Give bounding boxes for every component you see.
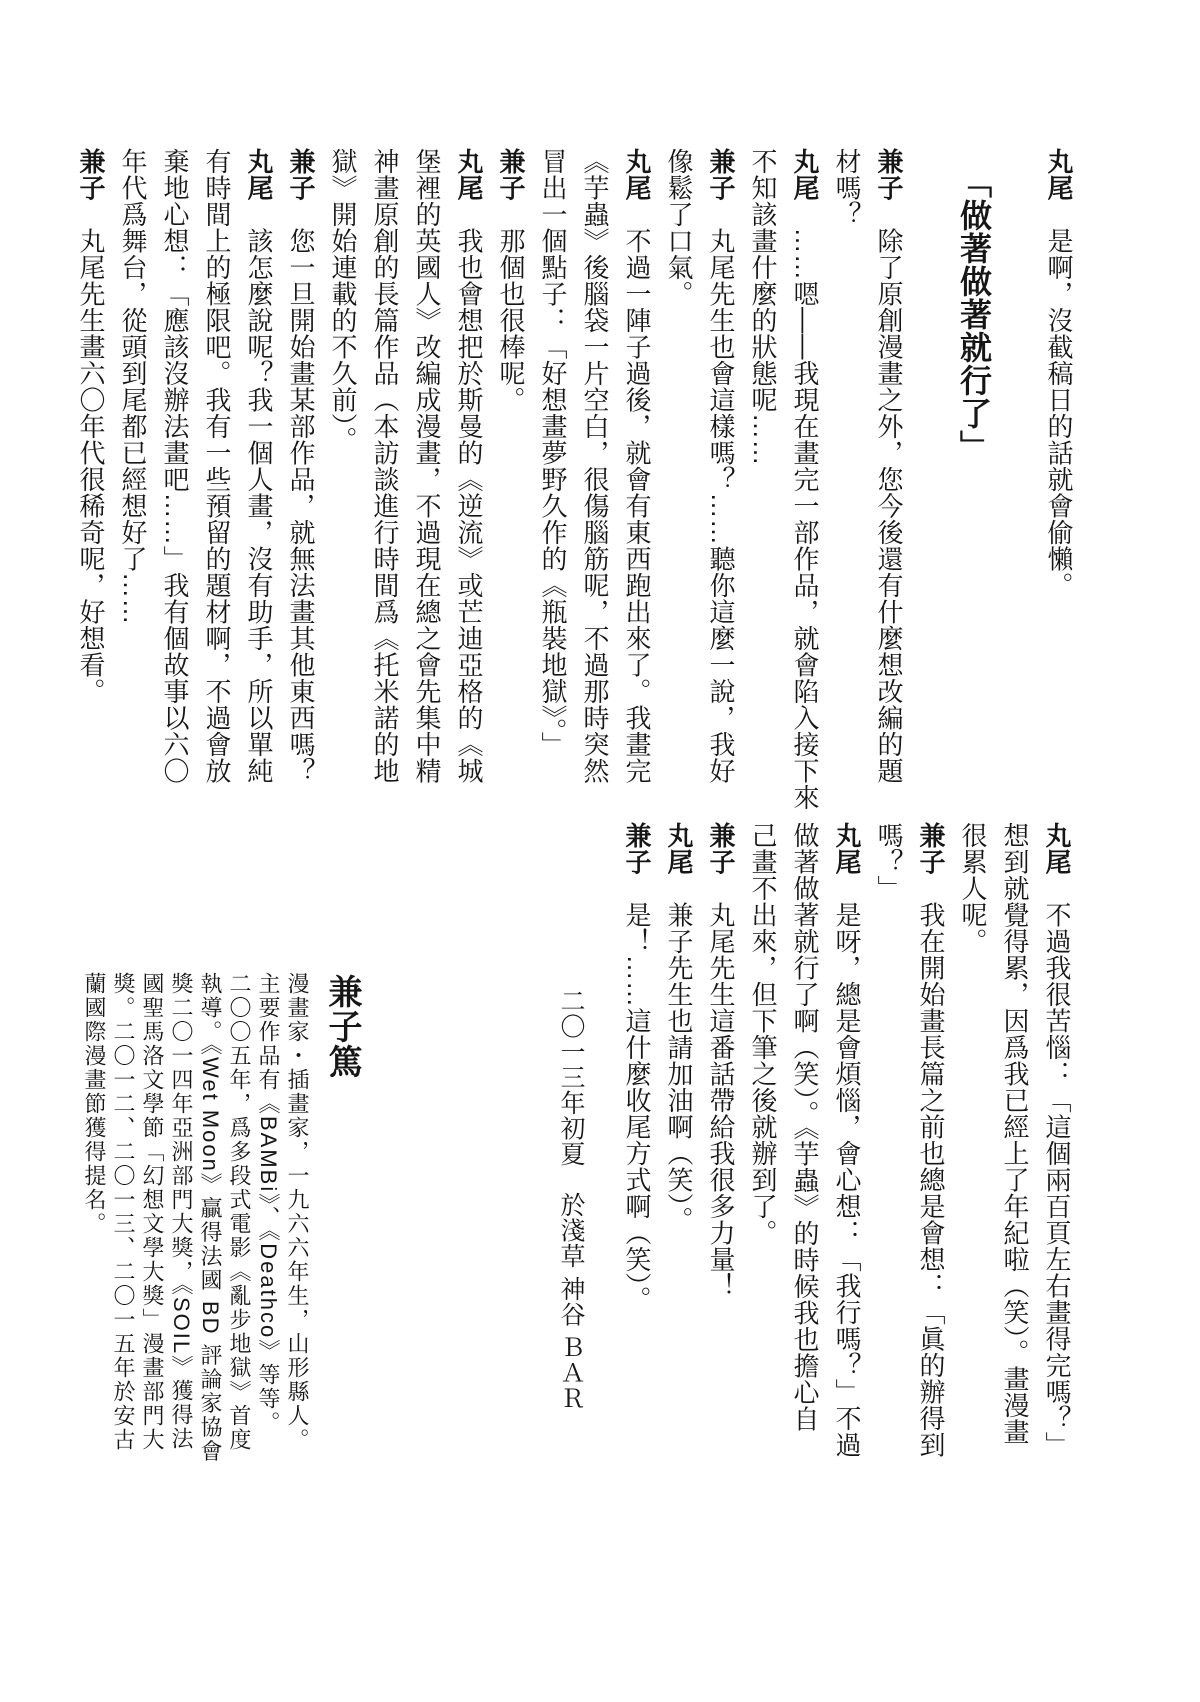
speaker-label: 兼子 — [916, 822, 946, 875]
profile-line: 主要作品有《BAMBi》、《Deathco》等等。 — [256, 972, 280, 1492]
dialogue-text: 不過我很苦惱：「這個兩百頁左右畫得完嗎？」 — [1042, 875, 1072, 1458]
speaker-label: 丸尾 — [1042, 822, 1072, 875]
dialogue-text: 有時間上的極限吧。我有一些預留的題材啊，不過會放 — [202, 148, 232, 784]
speaker-label: 丸尾 — [622, 148, 652, 201]
dialogue-text: 您一旦開始畫某部作品，就無法畫其他東西嗎？ — [286, 201, 316, 784]
profile-line: 國聖馬洛文學節「幻想文學大獎」漫畫部門大 — [140, 972, 164, 1492]
speaker-label: 兼子 — [706, 148, 736, 201]
interview-part1: 丸尾 是啊，沒截稿日的話就會偷懶。 「做著做著就行了」 兼子 除了原創漫畫之外，… — [64, 148, 1074, 838]
dialogue-text: 是！……這什麼收尾方式啊（笑）。 — [622, 875, 652, 1313]
dialogue-text: 《芋蟲》後腦袋一片空白，很傷腦筋呢，不過那時突然 — [580, 148, 610, 784]
dialogue-text: 像鬆了口氣。 — [664, 148, 694, 307]
speaker-label: 兼子 — [874, 148, 904, 201]
speaker-label: 丸尾 — [664, 822, 694, 875]
dialogue-column: 丸尾 是呀，總是會煩惱，會心想：「我行嗎？」不過 — [832, 822, 862, 1512]
dialogue-column: 兼子 丸尾先生也會這樣嗎？……聽你這麼一說，我好 — [706, 148, 736, 838]
dialogue-text: 我也會想把於斯曼的《逆流》或芒迪亞格的《城 — [454, 201, 484, 784]
dialogue-column: 嗎？」 — [874, 822, 904, 1512]
dialogue-column: 有時間上的極限吧。我有一些預留的題材啊，不過會放 — [202, 148, 232, 838]
dialogue-text: 想到就覺得累，因爲我已經上了年紀啦（笑）。畫漫畫 — [1000, 822, 1030, 1445]
dialogue-column: 丸尾 該怎麼說呢？我一個人畫，沒有助手，所以單純 — [244, 148, 274, 838]
book-page: 丸尾 是啊，沒截稿日的話就會偷懶。 「做著做著就行了」 兼子 除了原創漫畫之外，… — [0, 0, 1200, 1702]
dialogue-column: 不知該畫什麼的狀態呢…… — [748, 148, 778, 838]
dialogue-text: 是呀，總是會煩惱，會心想：「我行嗎？」不過 — [832, 875, 862, 1458]
dialogue-text: 該怎麼說呢？我一個人畫，沒有助手，所以單純 — [244, 201, 274, 784]
speaker-label: 兼子 — [76, 148, 106, 201]
dialogue-text: 嗎？」 — [874, 822, 904, 902]
dialogue-column: 棄地心想：「應該沒辦法畫吧……」我有個故事以六〇 — [160, 148, 190, 838]
dialogue-text: 不知該畫什麼的狀態呢…… — [748, 148, 778, 466]
dialogue-text: 神畫原創的長篇作品（本訪談進行時間爲《托米諾的地 — [370, 148, 400, 784]
speaker-label: 兼子 — [496, 148, 526, 201]
dialogue-text: 冒出一個點子：「好想畫夢野久作的《瓶裝地獄》。」 — [538, 148, 568, 758]
speaker-label: 兼子 — [622, 822, 652, 875]
dialogue-column: 兼子 那個也很棒呢。 — [496, 148, 526, 838]
dialogue-column: 像鬆了口氣。 — [664, 148, 694, 838]
interview-part2: 丸尾 不過我很苦惱：「這個兩百頁左右畫得完嗎？」 想到就覺得累，因爲我已經上了年… — [544, 822, 1072, 1512]
dialogue-text: 丸尾先生這番話帶給我很多力量！ — [706, 875, 736, 1299]
dialogue-column: 丸尾 是啊，沒截稿日的話就會偷懶。 — [1044, 148, 1074, 838]
speaker-label: 丸尾 — [1044, 148, 1074, 201]
dialogue-column: 己畫不出來，但下筆之後就辦到了。 — [748, 822, 778, 1512]
speaker-label: 丸尾 — [454, 148, 484, 201]
dialogue-column: 丸尾 不過我很苦惱：「這個兩百頁左右畫得完嗎？」 — [1042, 822, 1072, 1512]
dialogue-text: 是啊，沒截稿日的話就會偷懶。 — [1044, 201, 1074, 599]
dialogue-text: 我在開始畫長篇之前也總是會想：「眞的辦得到 — [916, 875, 946, 1458]
speaker-label: 丸尾 — [790, 148, 820, 201]
dialogue-text: 那個也很棒呢。 — [496, 201, 526, 413]
dialogue-column: 堡裡的英國人》改編成漫畫，不過現在總之會先集中精 — [412, 148, 442, 838]
dialogue-text: ……嗯——我現在畫完一部作品，就會陷入接下來 — [790, 201, 820, 811]
profile-line: 獎二〇一四年亞洲部門大獎，《SOIL》獲得法 — [169, 972, 193, 1492]
dialogue-column: 想到就覺得累，因爲我已經上了年紀啦（笑）。畫漫畫 — [1000, 822, 1030, 1512]
dialogue-column: 兼子 我在開始畫長篇之前也總是會想：「眞的辦得到 — [916, 822, 946, 1512]
profile-line: 二〇〇五年，爲多段式電影《亂步地獄》首度 — [227, 972, 251, 1492]
section-heading: 「做著做著就行了」 — [954, 148, 994, 838]
profile-line: 獎。二〇一二、二〇一三、二〇一五年於安古 — [111, 972, 135, 1492]
dialogue-text: 材嗎？ — [832, 148, 862, 228]
dialogue-column: 《芋蟲》後腦袋一片空白，很傷腦筋呢，不過那時突然 — [580, 148, 610, 838]
dialogue-column: 丸尾 我也會想把於斯曼的《逆流》或芒迪亞格的《城 — [454, 148, 484, 838]
dialogue-column: 冒出一個點子：「好想畫夢野久作的《瓶裝地獄》。」 — [538, 148, 568, 838]
profile-line: 執導。《Wet Moon》贏得法國 BD 評論家協會 — [198, 972, 222, 1492]
dialogue-column: 兼子 是！……這什麼收尾方式啊（笑）。 — [622, 822, 652, 1512]
profile-name: 兼子篤 — [323, 972, 361, 1492]
dialogue-text: 堡裡的英國人》改編成漫畫，不過現在總之會先集中精 — [412, 148, 442, 784]
dialogue-text: 丸尾先生也會這樣嗎？……聽你這麼一說，我好 — [706, 201, 736, 784]
speaker-label: 兼子 — [286, 148, 316, 201]
dialogue-text: 做著做著就行了啊（笑）。《芋蟲》的時候我也擔心自 — [790, 822, 820, 1432]
dialogue-text: 獄》開始連載的不久前）。 — [328, 148, 358, 453]
dialogue-column: 做著做著就行了啊（笑）。《芋蟲》的時候我也擔心自 — [790, 822, 820, 1512]
dialogue-column: 材嗎？ — [832, 148, 862, 838]
speaker-label: 丸尾 — [244, 148, 274, 201]
dialogue-text: 己畫不出來，但下筆之後就辦到了。 — [748, 822, 778, 1246]
dateline: 二〇一三年初夏 於淺草 神谷 ＢＡＲ — [556, 822, 586, 1512]
dialogue-column: 兼子 丸尾先生這番話帶給我很多力量！ — [706, 822, 736, 1512]
dialogue-text: 很累人呢。 — [958, 822, 988, 955]
dialogue-column: 神畫原創的長篇作品（本訪談進行時間爲《托米諾的地 — [370, 148, 400, 838]
dialogue-column: 兼子 您一旦開始畫某部作品，就無法畫其他東西嗎？ — [286, 148, 316, 838]
dialogue-column: 獄》開始連載的不久前）。 — [328, 148, 358, 838]
dialogue-column: 兼子 除了原創漫畫之外，您今後還有什麼想改編的題 — [874, 148, 904, 838]
speaker-label: 丸尾 — [832, 822, 862, 875]
author-profile: 兼子篤 漫畫家・插畫家，一九六六年生，山形縣人。 主要作品有《BAMBi》、《D… — [77, 972, 361, 1492]
dialogue-column: 兼子 丸尾先生畫六〇年代很稀奇呢，好想看。 — [76, 148, 106, 838]
dialogue-column: 年代爲舞台，從頭到尾都已經想好了…… — [118, 148, 148, 838]
dialogue-text: 兼子先生也請加油啊（笑）。 — [664, 875, 694, 1233]
profile-line: 漫畫家・插畫家，一九六六年生，山形縣人。 — [285, 972, 309, 1492]
dialogue-column: 丸尾 兼子先生也請加油啊（笑）。 — [664, 822, 694, 1512]
dialogue-text: 除了原創漫畫之外，您今後還有什麼想改編的題 — [874, 201, 904, 784]
dialogue-text: 年代爲舞台，從頭到尾都已經想好了…… — [118, 148, 148, 625]
dialogue-column: 丸尾 ……嗯——我現在畫完一部作品，就會陷入接下來 — [790, 148, 820, 838]
dialogue-text: 丸尾先生畫六〇年代很稀奇呢，好想看。 — [76, 201, 106, 705]
dialogue-column: 丸尾 不過一陣子過後，就會有東西跑出來了。我畫完 — [622, 148, 652, 838]
dialogue-text: 棄地心想：「應該沒辦法畫吧……」我有個故事以六〇 — [160, 148, 190, 784]
dialogue-text: 不過一陣子過後，就會有東西跑出來了。我畫完 — [622, 201, 652, 784]
speaker-label: 兼子 — [706, 822, 736, 875]
dialogue-column: 很累人呢。 — [958, 822, 988, 1512]
profile-line: 蘭國際漫畫節獲得提名。 — [82, 972, 106, 1492]
